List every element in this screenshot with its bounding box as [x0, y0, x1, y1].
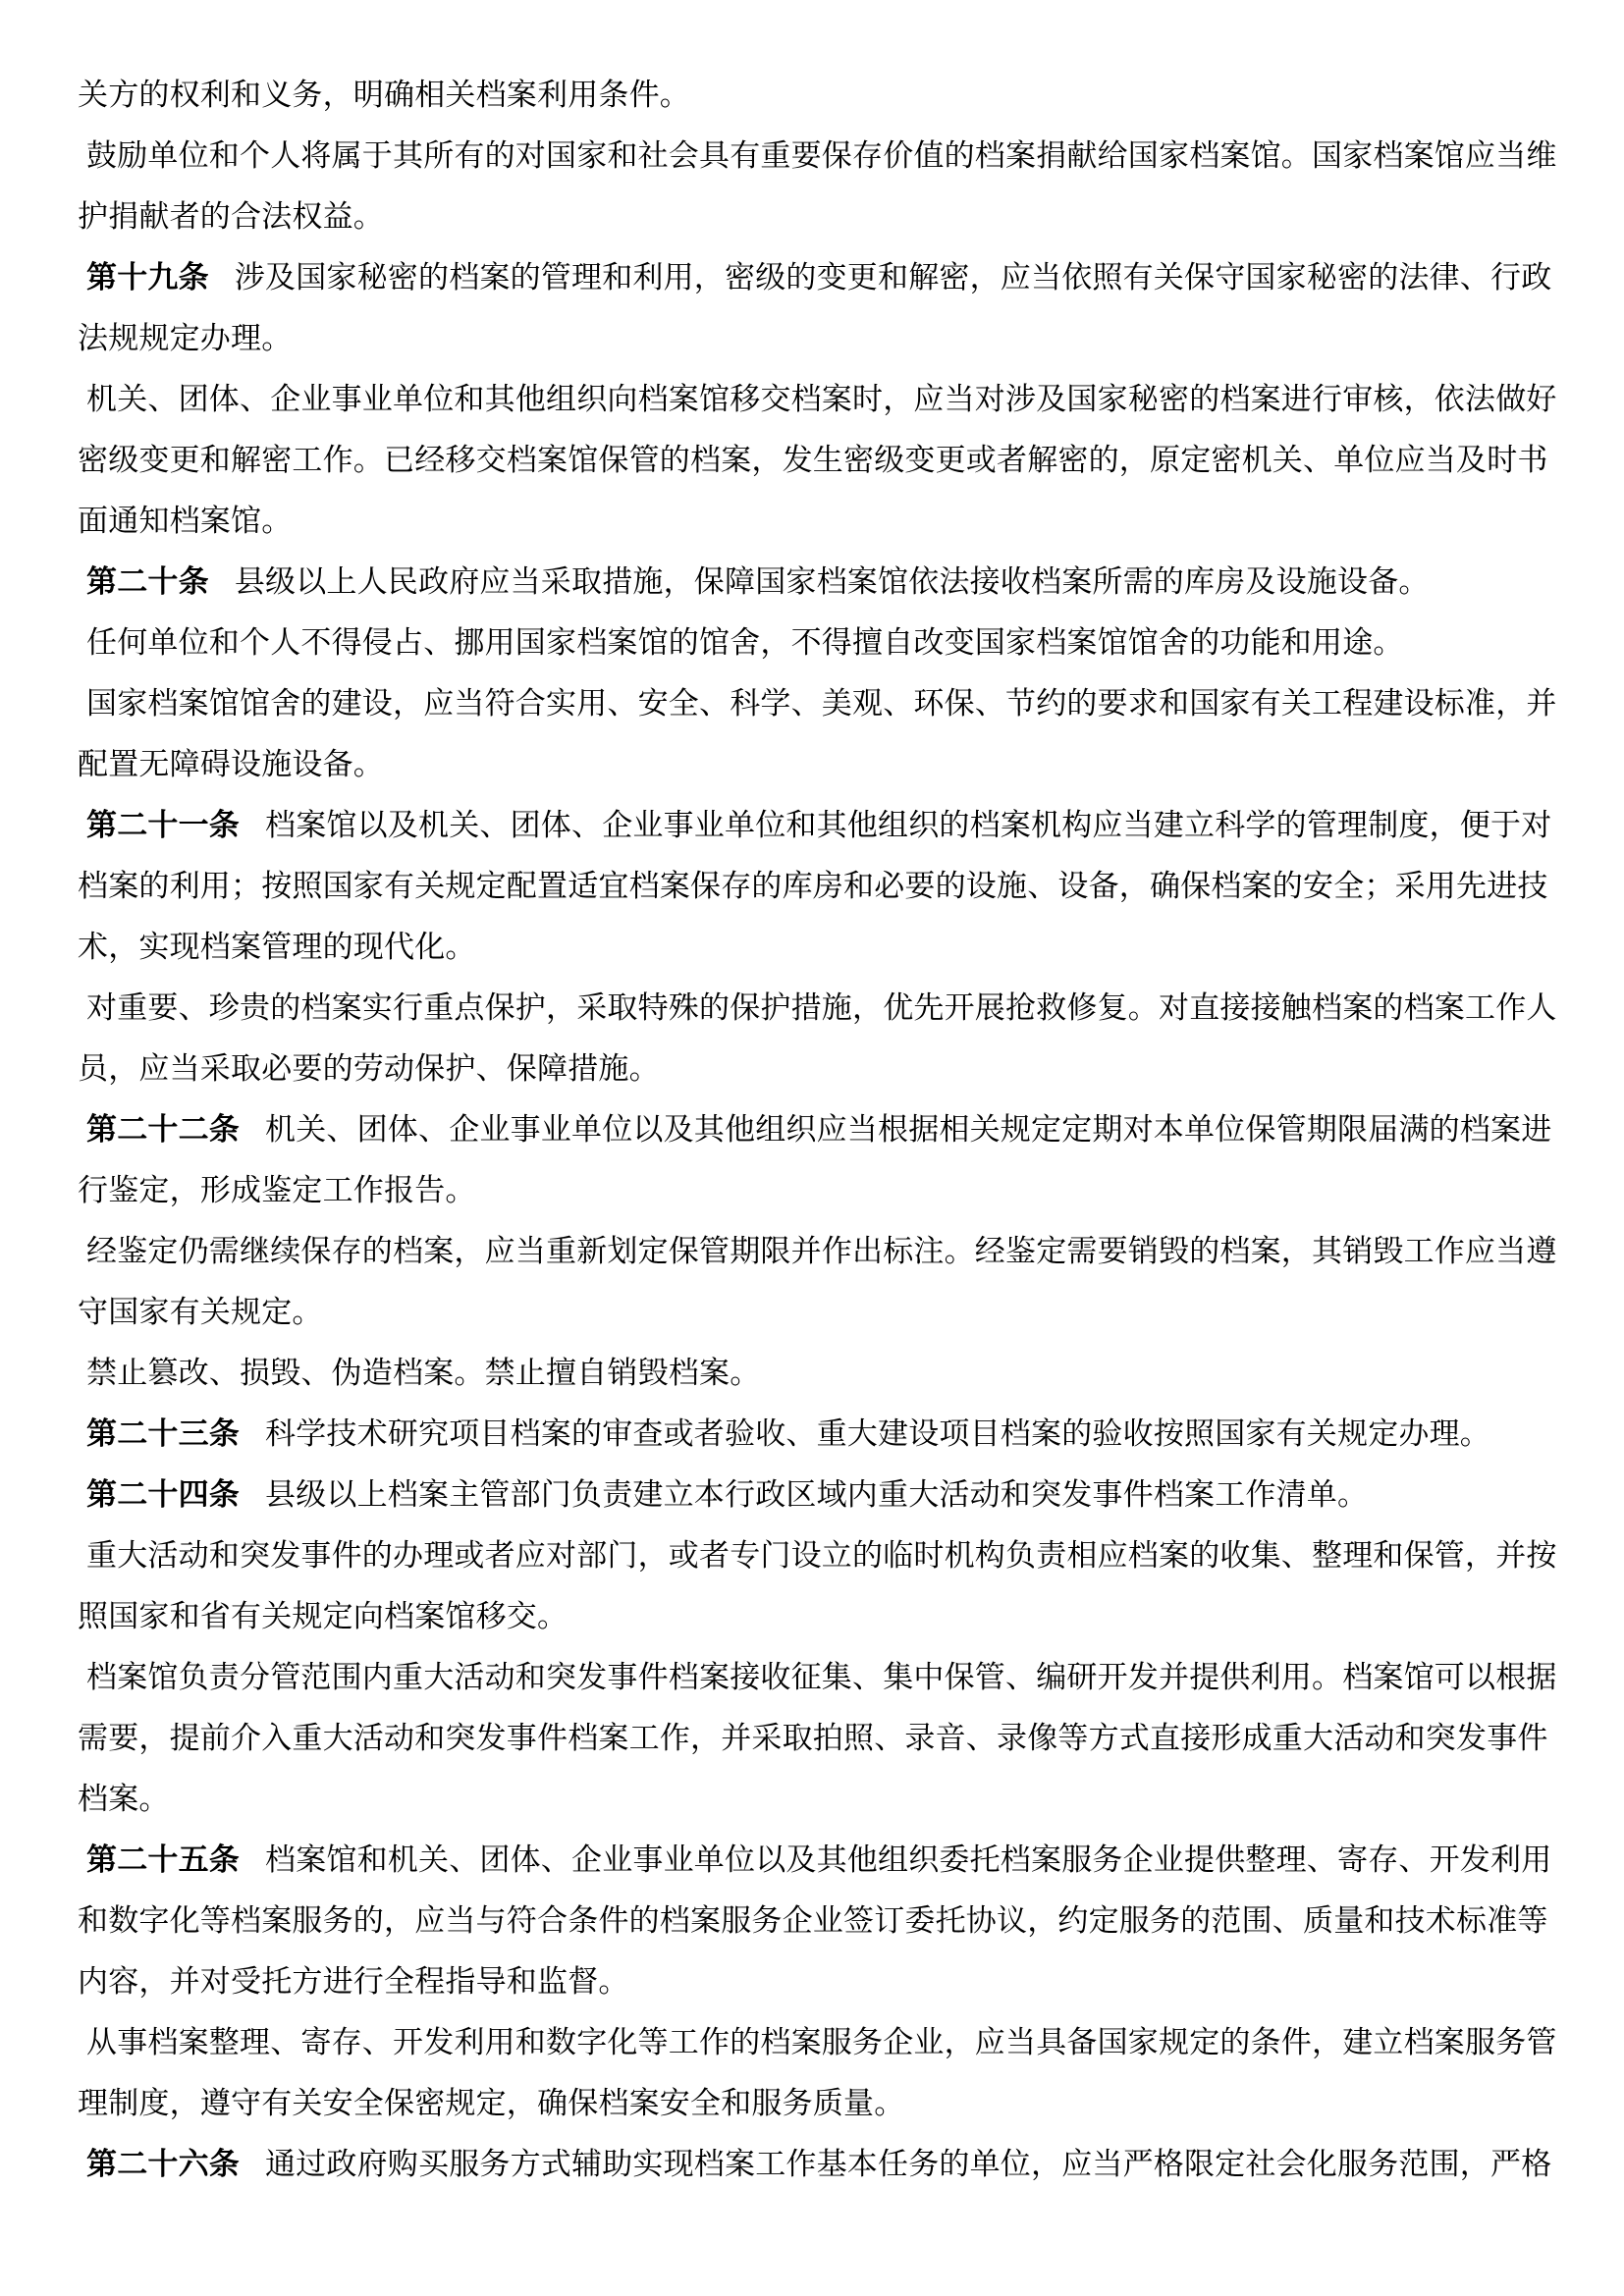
line-text: 鼓励单位和个人将属于其所有的对国家和社会具有重要保存价值的档案捐献给国家档案馆。…	[86, 138, 1557, 173]
article-number: 第二十四条	[86, 1477, 240, 1512]
line-text: 禁止篡改、损毁、伪造档案。禁止擅自销毁档案。	[86, 1356, 760, 1390]
article-number: 第二十六条	[86, 2147, 240, 2181]
document-line: 守国家有关规定。	[78, 1282, 1555, 1343]
document-line: 机关、团体、企业事业单位和其他组织向档案馆移交档案时，应当对涉及国家秘密的档案进…	[78, 369, 1555, 430]
line-text: 国家档案馆馆舍的建设，应当符合实用、安全、科学、美观、环保、节约的要求和国家有关…	[86, 686, 1557, 721]
document-text-block: 关方的权利和义务，明确相关档案利用条件。 鼓励单位和个人将属于其所有的对国家和社…	[78, 65, 1555, 2195]
line-text: 机关、团体、企业事业单位以及其他组织应当根据相关规定定期对本单位保管期限届满的档…	[265, 1112, 1551, 1147]
line-text: 关方的权利和义务，明确相关档案利用条件。	[78, 78, 690, 112]
document-line: 需要，提前介入重大活动和突发事件档案工作，并采取拍照、录音、录像等方式直接形成重…	[78, 1708, 1555, 1769]
line-text: 和数字化等档案服务的，应当与符合条件的档案服务企业签订委托协议，约定服务的范围、…	[78, 1903, 1548, 1938]
document-line: 面通知档案馆。	[78, 491, 1555, 552]
document-line: 术，实现档案管理的现代化。	[78, 917, 1555, 978]
line-text: 对重要、珍贵的档案实行重点保护，采取特殊的保护措施，优先开展抢救修复。对直接接触…	[86, 990, 1557, 1025]
document-line: 密级变更和解密工作。已经移交档案馆保管的档案，发生密级变更或者解密的，原定密机关…	[78, 430, 1555, 491]
document-line: 档案馆负责分管范围内重大活动和突发事件档案接收征集、集中保管、编研开发并提供利用…	[78, 1647, 1555, 1708]
document-line: 第二十六条通过政府购买服务方式辅助实现档案工作基本任务的单位，应当严格限定社会化…	[78, 2134, 1555, 2195]
article-number: 第二十五条	[86, 1842, 240, 1877]
document-line: 第二十三条科学技术研究项目档案的审查或者验收、重大建设项目档案的验收按照国家有关…	[78, 1404, 1555, 1465]
line-text: 档案的利用；按照国家有关规定配置适宜档案保存的库房和必要的设施、设备，确保档案的…	[78, 869, 1548, 903]
line-text: 内容，并对受托方进行全程指导和监督。	[78, 1964, 629, 1999]
line-text: 密级变更和解密工作。已经移交档案馆保管的档案，发生密级变更或者解密的，原定密机关…	[78, 443, 1548, 477]
document-line: 对重要、珍贵的档案实行重点保护，采取特殊的保护措施，优先开展抢救修复。对直接接触…	[78, 978, 1555, 1039]
document-line: 经鉴定仍需继续保存的档案，应当重新划定保管期限并作出标注。经鉴定需要销毁的档案，…	[78, 1221, 1555, 1282]
article-number: 第十九条	[86, 260, 209, 294]
document-line: 禁止篡改、损毁、伪造档案。禁止擅自销毁档案。	[78, 1343, 1555, 1404]
line-text: 行鉴定，形成鉴定工作报告。	[78, 1173, 476, 1207]
document-line: 护捐献者的合法权益。	[78, 187, 1555, 247]
line-text: 档案馆以及机关、团体、企业事业单位和其他组织的档案机构应当建立科学的管理制度，便…	[265, 808, 1551, 842]
line-text: 县级以上档案主管部门负责建立本行政区域内重大活动和突发事件档案工作清单。	[265, 1477, 1368, 1512]
line-text: 需要，提前介入重大活动和突发事件档案工作，并采取拍照、录音、录像等方式直接形成重…	[78, 1721, 1548, 1755]
document-line: 第十九条涉及国家秘密的档案的管理和利用，密级的变更和解密，应当依照有关保守国家秘…	[78, 247, 1555, 308]
line-text: 机关、团体、企业事业单位和其他组织向档案馆移交档案时，应当对涉及国家秘密的档案进…	[86, 382, 1557, 416]
line-text: 档案馆负责分管范围内重大活动和突发事件档案接收征集、集中保管、编研开发并提供利用…	[86, 1660, 1557, 1694]
line-text: 档案。	[78, 1782, 170, 1816]
document-line: 内容，并对受托方进行全程指导和监督。	[78, 1951, 1555, 2012]
document-line: 任何单位和个人不得侵占、挪用国家档案馆的馆舍，不得擅自改变国家档案馆馆舍的功能和…	[78, 613, 1555, 673]
document-line: 理制度，遵守有关安全保密规定，确保档案安全和服务质量。	[78, 2073, 1555, 2134]
article-number: 第二十三条	[86, 1416, 240, 1451]
line-text: 任何单位和个人不得侵占、挪用国家档案馆的馆舍，不得擅自改变国家档案馆馆舍的功能和…	[86, 625, 1404, 660]
document-line: 照国家和省有关规定向档案馆移交。	[78, 1586, 1555, 1647]
document-line: 第二十四条县级以上档案主管部门负责建立本行政区域内重大活动和突发事件档案工作清单…	[78, 1465, 1555, 1525]
line-text: 术，实现档案管理的现代化。	[78, 930, 476, 964]
document-line: 第二十一条档案馆以及机关、团体、企业事业单位和其他组织的档案机构应当建立科学的管…	[78, 795, 1555, 856]
line-text: 配置无障碍设施设备。	[78, 747, 384, 781]
document-line: 从事档案整理、寄存、开发利用和数字化等工作的档案服务企业，应当具备国家规定的条件…	[78, 2012, 1555, 2073]
line-text: 县级以上人民政府应当采取措施，保障国家档案馆依法接收档案所需的库房及设施设备。	[235, 564, 1430, 599]
line-text: 通过政府购买服务方式辅助实现档案工作基本任务的单位，应当严格限定社会化服务范围，…	[265, 2147, 1551, 2181]
line-text: 涉及国家秘密的档案的管理和利用，密级的变更和解密，应当依照有关保守国家秘密的法律…	[235, 260, 1552, 294]
article-number: 第二十一条	[86, 808, 240, 842]
line-text: 从事档案整理、寄存、开发利用和数字化等工作的档案服务企业，应当具备国家规定的条件…	[86, 2025, 1557, 2059]
document-line: 国家档案馆馆舍的建设，应当符合实用、安全、科学、美观、环保、节约的要求和国家有关…	[78, 673, 1555, 734]
line-text: 重大活动和突发事件的办理或者应对部门，或者专门设立的临时机构负责相应档案的收集、…	[86, 1538, 1557, 1573]
line-text: 档案馆和机关、团体、企业事业单位以及其他组织委托档案服务企业提供整理、寄存、开发…	[265, 1842, 1551, 1877]
line-text: 员，应当采取必要的劳动保护、保障措施。	[78, 1051, 660, 1086]
document-line: 关方的权利和义务，明确相关档案利用条件。	[78, 65, 1555, 126]
line-text: 法规规定办理。	[78, 321, 292, 355]
article-number: 第二十条	[86, 564, 209, 599]
document-line: 法规规定办理。	[78, 308, 1555, 369]
line-text: 守国家有关规定。	[78, 1295, 323, 1329]
document-line: 档案。	[78, 1769, 1555, 1830]
document-line: 和数字化等档案服务的，应当与符合条件的档案服务企业签订委托协议，约定服务的范围、…	[78, 1891, 1555, 1951]
line-text: 面通知档案馆。	[78, 504, 292, 538]
line-text: 照国家和省有关规定向档案馆移交。	[78, 1599, 568, 1633]
document-line: 配置无障碍设施设备。	[78, 734, 1555, 795]
article-number: 第二十二条	[86, 1112, 240, 1147]
document-line: 员，应当采取必要的劳动保护、保障措施。	[78, 1039, 1555, 1099]
document-line: 行鉴定，形成鉴定工作报告。	[78, 1160, 1555, 1221]
document-line: 第二十五条档案馆和机关、团体、企业事业单位以及其他组织委托档案服务企业提供整理、…	[78, 1830, 1555, 1891]
line-text: 科学技术研究项目档案的审查或者验收、重大建设项目档案的验收按照国家有关规定办理。	[265, 1416, 1490, 1451]
line-text: 护捐献者的合法权益。	[78, 199, 384, 234]
line-text: 理制度，遵守有关安全保密规定，确保档案安全和服务质量。	[78, 2086, 904, 2120]
document-page: 关方的权利和义务，明确相关档案利用条件。 鼓励单位和个人将属于其所有的对国家和社…	[0, 0, 1624, 2296]
document-line: 重大活动和突发事件的办理或者应对部门，或者专门设立的临时机构负责相应档案的收集、…	[78, 1525, 1555, 1586]
document-line: 第二十二条机关、团体、企业事业单位以及其他组织应当根据相关规定定期对本单位保管期…	[78, 1099, 1555, 1160]
document-line: 第二十条县级以上人民政府应当采取措施，保障国家档案馆依法接收档案所需的库房及设施…	[78, 552, 1555, 613]
line-text: 经鉴定仍需继续保存的档案，应当重新划定保管期限并作出标注。经鉴定需要销毁的档案，…	[86, 1234, 1557, 1268]
document-line: 档案的利用；按照国家有关规定配置适宜档案保存的库房和必要的设施、设备，确保档案的…	[78, 856, 1555, 917]
document-line: 鼓励单位和个人将属于其所有的对国家和社会具有重要保存价值的档案捐献给国家档案馆。…	[78, 126, 1555, 187]
